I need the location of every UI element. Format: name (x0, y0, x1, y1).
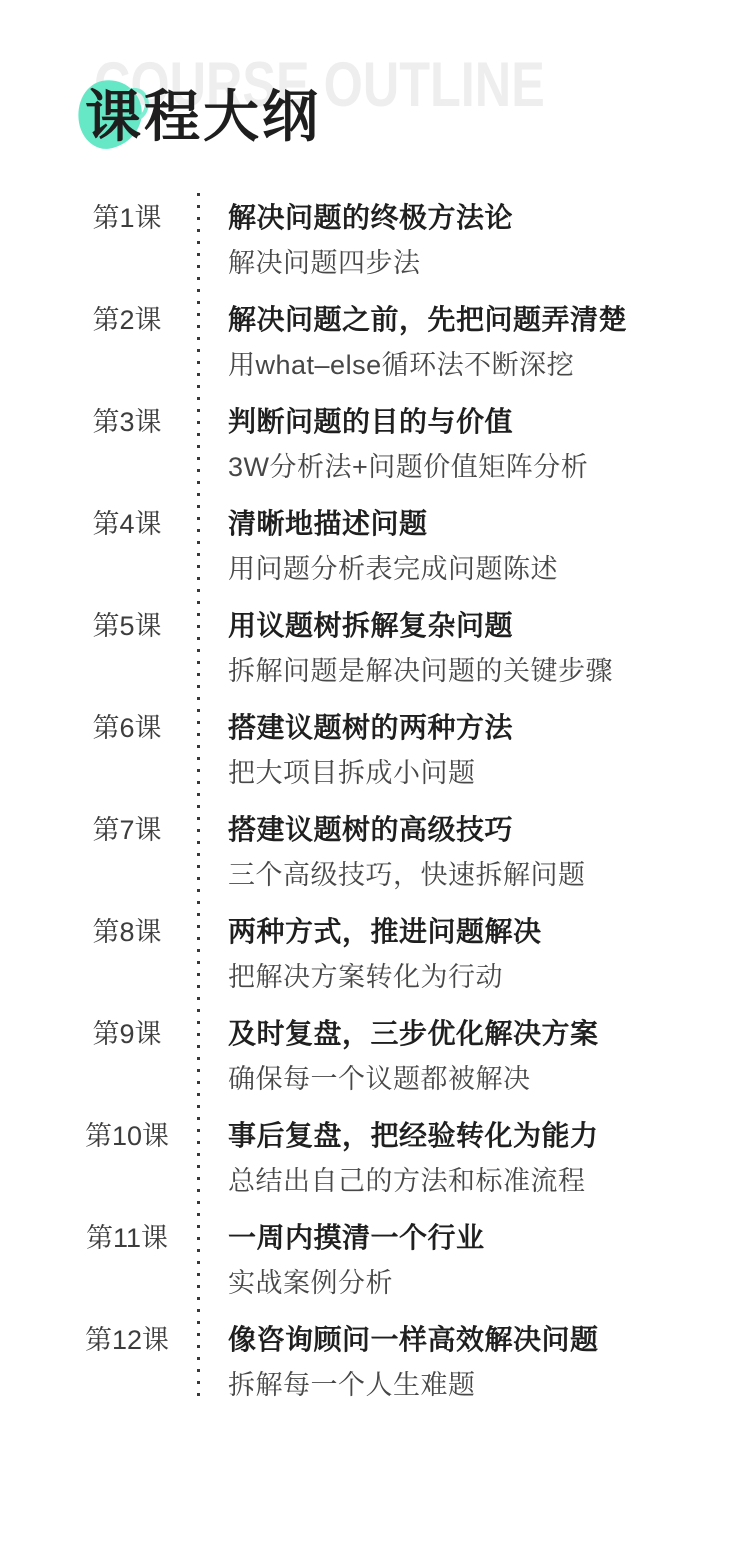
lesson-row: 第5课 用议题树拆解复杂问题 拆解问题是解决问题的关键步骤 (0, 607, 750, 689)
lesson-title: 搭建议题树的高级技巧 (228, 811, 586, 849)
lesson-number: 第2课 (57, 301, 197, 339)
lesson-texts: 清晰地描述问题 用问题分析表完成问题陈述 (228, 505, 558, 587)
lesson-row: 第2课 解决问题之前，先把问题弄清楚 用what–else循环法不断深挖 (0, 301, 750, 383)
lesson-number: 第11课 (57, 1219, 197, 1257)
lesson-row: 第1课 解决问题的终极方法论 解决问题四步法 (0, 199, 750, 281)
lesson-number: 第12课 (57, 1321, 197, 1359)
lesson-texts: 用议题树拆解复杂问题 拆解问题是解决问题的关键步骤 (228, 607, 613, 689)
lesson-title: 像咨询顾问一样高效解决问题 (228, 1321, 599, 1359)
lesson-row: 第10课 事后复盘，把经验转化为能力 总结出自己的方法和标准流程 (0, 1117, 750, 1199)
lesson-row: 第3课 判断问题的目的与价值 3W分析法+问题价值矩阵分析 (0, 403, 750, 485)
lesson-number: 第6课 (57, 709, 197, 747)
lesson-row: 第7课 搭建议题树的高级技巧 三个高级技巧，快速拆解问题 (0, 811, 750, 893)
lesson-number: 第1课 (57, 199, 197, 237)
lesson-number: 第3课 (57, 403, 197, 441)
lesson-row: 第8课 两种方式，推进问题解决 把解决方案转化为行动 (0, 913, 750, 995)
lesson-subtitle: 把大项目拆成小问题 (228, 755, 513, 791)
lesson-title: 判断问题的目的与价值 (228, 403, 588, 441)
lesson-row: 第6课 搭建议题树的两种方法 把大项目拆成小问题 (0, 709, 750, 791)
header: COURSE OUTLINE 课程大纲 (0, 0, 750, 190)
lesson-subtitle: 把解决方案转化为行动 (228, 959, 542, 995)
lesson-title: 解决问题的终极方法论 (228, 199, 513, 237)
lesson-texts: 及时复盘，三步优化解决方案 确保每一个议题都被解决 (228, 1015, 599, 1097)
lesson-row: 第9课 及时复盘，三步优化解决方案 确保每一个议题都被解决 (0, 1015, 750, 1097)
lesson-title: 及时复盘，三步优化解决方案 (228, 1015, 599, 1053)
lesson-title: 清晰地描述问题 (228, 505, 558, 543)
lesson-title: 搭建议题树的两种方法 (228, 709, 513, 747)
lesson-texts: 解决问题之前，先把问题弄清楚 用what–else循环法不断深挖 (228, 301, 627, 383)
lesson-texts: 搭建议题树的两种方法 把大项目拆成小问题 (228, 709, 513, 791)
lesson-title: 两种方式，推进问题解决 (228, 913, 542, 951)
lesson-row: 第12课 像咨询顾问一样高效解决问题 拆解每一个人生难题 (0, 1321, 750, 1403)
lesson-list: 第1课 解决问题的终极方法论 解决问题四步法 第2课 解决问题之前，先把问题弄清… (0, 199, 750, 1423)
lesson-row: 第4课 清晰地描述问题 用问题分析表完成问题陈述 (0, 505, 750, 587)
lesson-number: 第7课 (57, 811, 197, 849)
lesson-subtitle: 用问题分析表完成问题陈述 (228, 551, 558, 587)
lesson-subtitle: 总结出自己的方法和标准流程 (228, 1163, 599, 1199)
lesson-subtitle: 3W分析法+问题价值矩阵分析 (228, 449, 588, 485)
lesson-number: 第4课 (57, 505, 197, 543)
lesson-title: 一周内摸清一个行业 (228, 1219, 485, 1257)
lesson-subtitle: 拆解问题是解决问题的关键步骤 (228, 653, 613, 689)
lesson-row: 第11课 一周内摸清一个行业 实战案例分析 (0, 1219, 750, 1301)
lesson-subtitle: 三个高级技巧，快速拆解问题 (228, 857, 586, 893)
lesson-number: 第10课 (57, 1117, 197, 1155)
lesson-subtitle: 实战案例分析 (228, 1265, 485, 1301)
lesson-subtitle: 确保每一个议题都被解决 (228, 1061, 599, 1097)
lesson-subtitle: 解决问题四步法 (228, 245, 513, 281)
lesson-title: 事后复盘，把经验转化为能力 (228, 1117, 599, 1155)
lesson-texts: 两种方式，推进问题解决 把解决方案转化为行动 (228, 913, 542, 995)
lesson-texts: 解决问题的终极方法论 解决问题四步法 (228, 199, 513, 281)
lesson-title: 解决问题之前，先把问题弄清楚 (228, 301, 627, 339)
lesson-texts: 像咨询顾问一样高效解决问题 拆解每一个人生难题 (228, 1321, 599, 1403)
lesson-number: 第8课 (57, 913, 197, 951)
page-title: 课程大纲 (85, 86, 321, 148)
lesson-number: 第5课 (57, 607, 197, 645)
dotted-divider-line (197, 193, 200, 1398)
lesson-texts: 事后复盘，把经验转化为能力 总结出自己的方法和标准流程 (228, 1117, 599, 1199)
lesson-texts: 判断问题的目的与价值 3W分析法+问题价值矩阵分析 (228, 403, 588, 485)
lesson-texts: 一周内摸清一个行业 实战案例分析 (228, 1219, 485, 1301)
lesson-title: 用议题树拆解复杂问题 (228, 607, 613, 645)
lesson-rows: 第1课 解决问题的终极方法论 解决问题四步法 第2课 解决问题之前，先把问题弄清… (0, 199, 750, 1403)
lesson-number: 第9课 (57, 1015, 197, 1053)
lesson-texts: 搭建议题树的高级技巧 三个高级技巧，快速拆解问题 (228, 811, 586, 893)
lesson-subtitle: 拆解每一个人生难题 (228, 1367, 599, 1403)
lesson-subtitle: 用what–else循环法不断深挖 (228, 347, 627, 383)
